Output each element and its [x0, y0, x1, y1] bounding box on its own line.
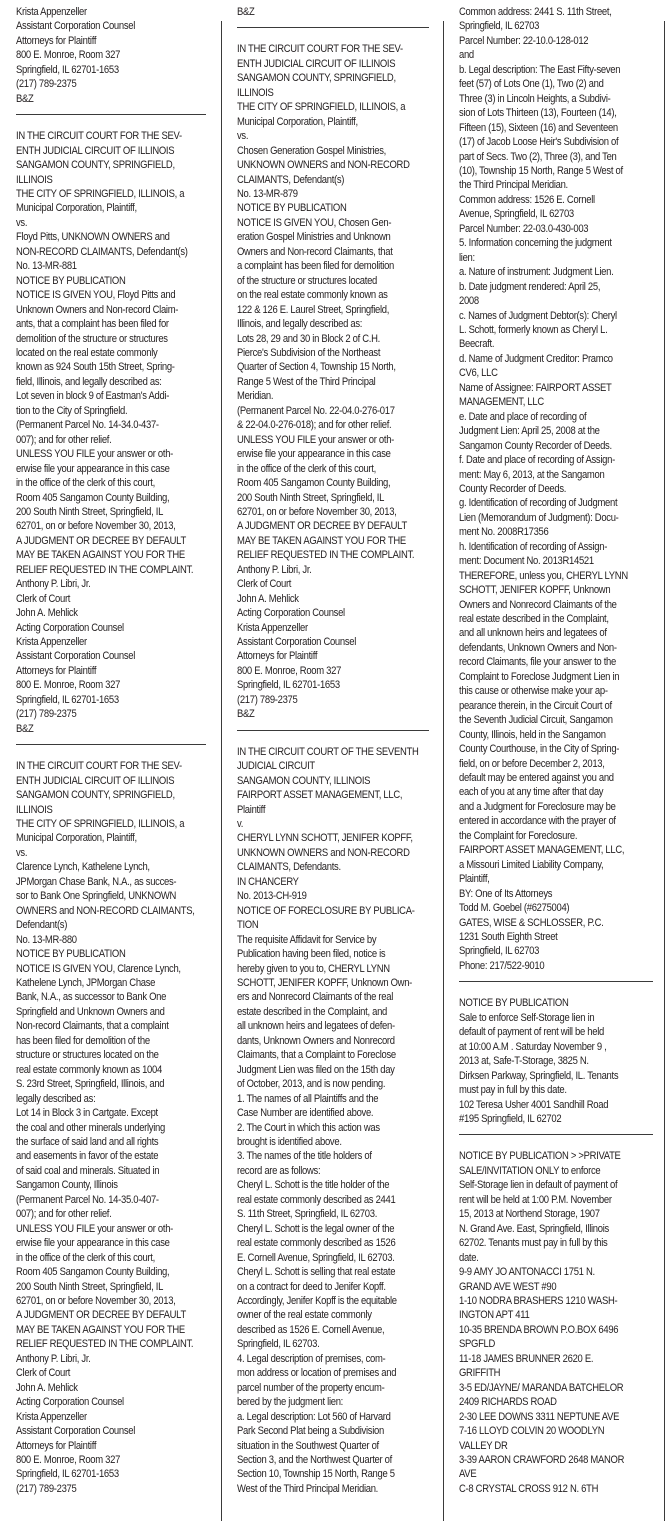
notice-line: NOTICE IS GIVEN YOU, Floyd Pitts and — [16, 288, 179, 302]
notice-line: SANGAMON COUNTY, SPRINGFIELD, — [16, 788, 179, 802]
notice-line: Lot seven in block 9 of Eastman's Addi- — [16, 389, 179, 403]
notice-line: John A. Mehlick — [16, 1381, 179, 1395]
notice-line: each of you at any time after that day — [459, 785, 626, 799]
notice-line: and — [459, 48, 626, 62]
notice-line: Sangamon County, Illinois — [16, 1178, 179, 1192]
notice-line: lien: — [459, 251, 626, 265]
notice-line: The requisite Affidavit for Service by — [237, 933, 402, 947]
notice-line: No. 2013-CH-919 — [237, 889, 402, 903]
notice-line: Avenue, Springfield, IL 62703 — [459, 207, 626, 221]
notice-line: Municipal Corporation, Plaintiff, — [16, 831, 179, 845]
notice-line: and easements in favor of the estate — [16, 1149, 179, 1163]
notice-line: 4. Legal description of premises, com- — [237, 1352, 402, 1366]
notice-separator-rule — [237, 730, 429, 731]
notice-line: 3-39 AARON CRAWFORD 2648 MANOR — [459, 1453, 626, 1467]
notice-line: Municipal Corporation, Plaintiff, — [16, 201, 179, 215]
notice-line: Acting Corporation Counsel — [16, 621, 179, 635]
notice-line: this cause or otherwise make your ap- — [459, 684, 626, 698]
notice-line: 007); and for other relief. — [16, 1207, 179, 1221]
notice-line: ILLINOIS — [16, 803, 179, 817]
notice-line: Fifteen (15), Sixteen (16) and Seventeen — [459, 121, 626, 135]
notice-line: sion of Lots Thirteen (13), Fourteen (14… — [459, 106, 626, 120]
notice-line: the coal and other minerals underlying — [16, 1121, 179, 1135]
notice-line: BY: One of Its Attorneys — [459, 887, 626, 901]
notice-line: ers and Nonrecord Claimants of the real — [237, 990, 402, 1004]
notice-line: field, on or before December 2, 2013, — [459, 757, 626, 771]
notice-line: known as 924 South 15th Street, Spring- — [16, 360, 179, 374]
notice-line: part of Secs. Two (2), Three (3), and Te… — [459, 150, 626, 164]
notice-line: record are as follows: — [237, 1164, 402, 1178]
notice-line: UNKNOWN OWNERS and NON-RECORD — [237, 846, 402, 860]
notice-line: ILLINOIS — [237, 86, 402, 100]
notice-line: Anthony P. Libri, Jr. — [237, 563, 402, 577]
notice-line: NOTICE BY PUBLICATION — [16, 947, 179, 961]
notice-line: vs. — [16, 846, 179, 860]
notice-line: and a Judgment for Foreclosure may be — [459, 800, 626, 814]
notice-line: tion to the City of Springfield. — [16, 404, 179, 418]
notice-line: Springfield, IL 62703 — [459, 19, 626, 33]
legal-notice: NOTICE BY PUBLICATIONSale to enforce Sel… — [459, 996, 653, 1126]
notice-line: 62701, on or before November 30, 2013, — [16, 519, 179, 533]
notice-line: Attorneys for Plaintiff — [237, 649, 402, 663]
notice-line: 7-16 LLOYD COLVIN 20 WOODLYN — [459, 1424, 626, 1438]
notice-line: IN THE CIRCUIT COURT FOR THE SEV- — [16, 759, 179, 773]
notice-line: NON-RECORD CLAIMANTS, Defendant(s) — [16, 245, 179, 259]
legal-notice: B&Z — [237, 5, 429, 19]
notice-line: described as 1526 E. Cornell Avenue, — [237, 1323, 402, 1337]
notice-line: default of payment of rent will be held — [459, 1025, 626, 1039]
notice-line: 10-35 BRENDA BROWN P.O.BOX 6496 — [459, 1323, 626, 1337]
legal-notice: IN THE CIRCUIT COURT OF THE SEVENTHJUDIC… — [237, 745, 429, 1497]
notice-line: Assistant Corporation Counsel — [16, 649, 179, 663]
notice-line: Common address: 2441 S. 11th Street, — [459, 5, 626, 19]
notice-line: bered by the judgment lien: — [237, 1395, 402, 1409]
notice-line: Room 405 Sangamon County Building, — [237, 476, 402, 490]
notice-line: ment: May 6, 2013, at the Sangamon — [459, 468, 626, 482]
notice-separator-rule — [16, 114, 206, 115]
notice-line: Krista Appenzeller — [237, 621, 402, 635]
notice-line: NOTICE IS GIVEN YOU, Chosen Gen- — [237, 216, 402, 230]
notice-line: A JUDGMENT OR DECREE BY DEFAULT — [16, 534, 179, 548]
notice-line: Owners and Non-record Claimants, that — [237, 245, 402, 259]
notice-line: SANGAMON COUNTY, ILLINOIS — [237, 774, 402, 788]
notice-line: GATES, WISE & SCHLOSSER, P.C. — [459, 916, 626, 930]
notice-line: Attorneys for Plaintiff — [16, 664, 179, 678]
notice-line: NOTICE OF FORECLOSURE BY PUBLICA- — [237, 904, 402, 918]
notice-line: of the structure or structures located — [237, 274, 402, 288]
notice-line: Floyd Pitts, UNKNOWN OWNERS and — [16, 230, 179, 244]
notice-line: (10), Township 15 North, Range 5 West of — [459, 164, 626, 178]
notice-line: SCHOTT, JENIFER KOPFF, Unknown — [459, 583, 626, 597]
notice-line: #195 Springfield, IL 62702 — [459, 1112, 626, 1126]
notice-line: e. Date and place of recording of — [459, 410, 626, 424]
notice-line: MAY BE TAKEN AGAINST YOU FOR THE — [16, 1323, 179, 1337]
notice-line: real estate commonly described as 1526 — [237, 1236, 402, 1250]
notice-line: S. 11th Street, Springfield, IL 62703. — [237, 1207, 402, 1221]
notice-line: JUDICIAL CIRCUIT — [237, 759, 402, 773]
legal-notice: IN THE CIRCUIT COURT FOR THE SEV-ENTH JU… — [16, 759, 206, 1496]
notice-line: A JUDGMENT OR DECREE BY DEFAULT — [16, 1308, 179, 1322]
notice-line: Springfield, IL 62701-1653 — [16, 693, 179, 707]
notice-line: structure or structures located on the — [16, 1048, 179, 1062]
notice-line: must pay in full by this date. — [459, 1083, 626, 1097]
notice-line: (217) 789-2375 — [16, 707, 179, 721]
notice-line: the surface of said land and all rights — [16, 1135, 179, 1149]
notice-line: Defendant(s) — [16, 918, 179, 932]
notice-line: SALE/INVITATION ONLY to enforce — [459, 1164, 626, 1178]
notice-line: ants, that a complaint has been filed fo… — [16, 317, 179, 331]
notice-line: (17) of Jacob Loose Heir's Subdivision o… — [459, 135, 626, 149]
notice-line: UNKNOWN OWNERS and NON-RECORD — [237, 158, 402, 172]
notice-line: Anthony P. Libri, Jr. — [16, 1352, 179, 1366]
notice-line: Parcel Number: 22-10.0-128-012 — [459, 34, 626, 48]
notice-line: located on the real estate commonly — [16, 346, 179, 360]
notice-line: rent will be held at 1:00 P.M. November — [459, 1193, 626, 1207]
notice-line: Springfield, IL 62701-1653 — [16, 63, 179, 77]
notice-line: VALLEY DR — [459, 1439, 626, 1453]
notice-separator-rule — [459, 981, 653, 982]
notice-line: field, Illinois, and legally described a… — [16, 375, 179, 389]
notice-line: Krista Appenzeller — [16, 1410, 179, 1424]
notice-line: TION — [237, 918, 402, 932]
notice-line: THE CITY OF SPRINGFIELD, ILLINOIS, a — [237, 100, 402, 114]
notice-line: Acting Corporation Counsel — [16, 1395, 179, 1409]
notice-line: Acting Corporation Counsel — [237, 606, 402, 620]
notice-line: (Permanent Parcel No. 22-04.0-276-017 — [237, 404, 402, 418]
notice-line: Claimants, that a Complaint to Foreclose — [237, 1048, 402, 1062]
notice-line: B&Z — [237, 5, 402, 19]
notice-line: eration Gospel Ministries and Unknown — [237, 230, 402, 244]
notice-line: of October, 2013, and is now pending. — [237, 1077, 402, 1091]
notice-line: E. Cornell Avenue, Springfield, IL 62703… — [237, 1251, 402, 1265]
notice-line: Section 10, Township 15 North, Range 5 — [237, 1467, 402, 1481]
notice-line: 11-18 JAMES BRUNNER 2620 E. — [459, 1352, 626, 1366]
notice-line: 122 & 126 E. Laurel Street, Springfield, — [237, 303, 402, 317]
notice-line: a. Nature of instrument: Judgment Lien. — [459, 265, 626, 279]
notice-line: h. Identification of recording of Assign… — [459, 540, 626, 554]
notice-line: sor to Bank One Springfield, UNKNOWN — [16, 889, 179, 903]
notice-line: (217) 789-2375 — [16, 77, 179, 91]
notice-line: Common address: 1526 E. Cornell — [459, 193, 626, 207]
notice-line: Attorneys for Plaintiff — [16, 34, 179, 48]
notice-line: 2013 at, Safe-T-Storage, 3825 N. — [459, 1054, 626, 1068]
notice-line: JPMorgan Chase Bank, N.A., as succes- — [16, 875, 179, 889]
notice-line: Clerk of Court — [16, 592, 179, 606]
column-3: Common address: 2441 S. 11th Street,Spri… — [459, 5, 653, 1496]
notice-line: at 10:00 A.M . Saturday November 9 , — [459, 1040, 626, 1054]
notice-line: MANAGEMENT, LLC — [459, 395, 626, 409]
notice-line: of said coal and minerals. Situated in — [16, 1164, 179, 1178]
notice-line: John A. Mehlick — [237, 592, 402, 606]
notice-line: defendants, Unknown Owners and Non- — [459, 641, 626, 655]
notice-line: 800 E. Monroe, Room 327 — [237, 664, 402, 678]
notice-line: 2-30 LEE DOWNS 3311 NEPTUNE AVE — [459, 1410, 626, 1424]
notice-line: ment: Document No. 2013R14521 — [459, 554, 626, 568]
notice-line: CLAIMANTS, Defendant(s) — [237, 173, 402, 187]
notice-line: Pierce's Subdivision of the Northeast — [237, 346, 402, 360]
notice-line: 800 E. Monroe, Room 327 — [16, 678, 179, 692]
notice-line: 3-5 ED/JAYNE/ MARANDA BATCHELOR — [459, 1381, 626, 1395]
notice-line: Unknown Owners and Non-record Claim- — [16, 303, 179, 317]
notice-line: NOTICE BY PUBLICATION — [16, 274, 179, 288]
notice-line: parcel number of the property encum- — [237, 1381, 402, 1395]
notice-line: Meridian. — [237, 389, 402, 403]
notice-line: AVE — [459, 1467, 626, 1481]
notice-line: c. Names of Judgment Debtor(s): Cheryl — [459, 309, 626, 323]
notice-line: 2409 RICHARDS ROAD — [459, 1395, 626, 1409]
notice-line: Assistant Corporation Counsel — [237, 635, 402, 649]
notice-line: Municipal Corporation, Plaintiff, — [237, 115, 402, 129]
notice-line: 2008 — [459, 294, 626, 308]
notice-line: FAIRPORT ASSET MANAGEMENT, LLC, — [237, 788, 402, 802]
notice-line: OWNERS and NON-RECORD CLAIMANTS, — [16, 904, 179, 918]
notice-line: ENTH JUDICIAL CIRCUIT OF ILLINOIS — [237, 57, 402, 71]
notice-line: 200 South Ninth Street, Springfield, IL — [16, 1280, 179, 1294]
notice-line: RELIEF REQUESTED IN THE COMPLAINT. — [237, 548, 402, 562]
notice-line: UNLESS YOU FILE your answer or oth- — [237, 433, 402, 447]
notice-line: Room 405 Sangamon County Building, — [16, 1265, 179, 1279]
notice-line: ENTH JUDICIAL CIRCUIT OF ILLINOIS — [16, 774, 179, 788]
notice-line: Anthony P. Libri, Jr. — [16, 577, 179, 591]
notice-line: Krista Appenzeller — [16, 635, 179, 649]
notice-line: 800 E. Monroe, Room 327 — [16, 48, 179, 62]
notice-line: Illinois, and legally described as: — [237, 317, 402, 331]
notice-line: Sangamon County Recorder of Deeds. — [459, 439, 626, 453]
notice-line: B&Z — [237, 707, 402, 721]
notice-line: a Missouri Limited Liability Company, — [459, 858, 626, 872]
column-divider — [221, 21, 222, 1521]
notice-line: INGTON APT 411 — [459, 1308, 626, 1322]
notice-line: default may be entered against you and — [459, 771, 626, 785]
notice-line: 9-9 AMY JO ANTONACCI 1751 N. — [459, 1265, 626, 1279]
notice-line: Springfield, IL 62703 — [459, 944, 626, 958]
notice-line: No. 13-MR-879 — [237, 187, 402, 201]
notice-line: dants, Unknown Owners and Nonrecord — [237, 1034, 402, 1048]
notice-line: SANGAMON COUNTY, SPRINGFIELD, — [16, 158, 179, 172]
notice-line: IN THE CIRCUIT COURT FOR THE SEV- — [16, 129, 179, 143]
notice-line: Phone: 217/522-9010 — [459, 959, 626, 973]
notice-line: 3. The names of the title holders of — [237, 1149, 402, 1163]
notice-line: Krista Appenzeller — [16, 5, 179, 19]
notice-line: Judgment Lien was filed on the 15th day — [237, 1063, 402, 1077]
notice-line: Quarter of Section 4, Township 15 North, — [237, 360, 402, 374]
notice-line: Springfield, IL 62703. — [237, 1337, 402, 1351]
notice-line: Dirksen Parkway, Springfield, IL. Tenant… — [459, 1069, 626, 1083]
notice-line: on a contract for deed to Jenifer Kopff. — [237, 1280, 402, 1294]
notice-line: all unknown heirs and legatees of defen- — [237, 1019, 402, 1033]
notice-line: C-8 CRYSTAL CROSS 912 N. 6TH — [459, 1482, 626, 1496]
notice-line: SCHOTT, JENIFER KOPFF, Unknown Own- — [237, 976, 402, 990]
notice-line: B&Z — [16, 92, 179, 106]
notice-line: Cheryl L. Schott is the legal owner of t… — [237, 1222, 402, 1236]
notice-line: erwise file your appearance in this case — [237, 447, 402, 461]
column-1: Krista AppenzellerAssistant Corporation … — [16, 5, 206, 1496]
notice-line: Judgment Lien: April 25, 2008 at the — [459, 424, 626, 438]
notice-line: (217) 789-2375 — [237, 693, 402, 707]
notice-line: IN THE CIRCUIT COURT OF THE SEVENTH — [237, 745, 402, 759]
notice-line: has been filed for demolition of the — [16, 1034, 179, 1048]
notice-line: in the office of the clerk of this court… — [16, 476, 179, 490]
notice-line: (Permanent Parcel No. 14-34.0-437- — [16, 418, 179, 432]
notice-line: Kathelene Lynch, JPMorgan Chase — [16, 976, 179, 990]
notice-separator-rule — [237, 27, 429, 28]
notice-line: Case Number are identified above. — [237, 1106, 402, 1120]
notice-line: L. Schott, formerly known as Cheryl L. — [459, 323, 626, 337]
notice-line: feet (57) of Lots One (1), Two (2) and — [459, 77, 626, 91]
notice-line: Assistant Corporation Counsel — [16, 1424, 179, 1438]
notice-line: d. Name of Judgment Creditor: Pramco — [459, 352, 626, 366]
notice-line: the Third Principal Meridian. — [459, 178, 626, 192]
notice-line: demolition of the structure or structure… — [16, 332, 179, 346]
notice-line: erwise file your appearance in this case — [16, 1236, 179, 1250]
notice-line: CHERYL LYNN SCHOTT, JENIFER KOPFF, — [237, 831, 402, 845]
notice-line: record Claimants, file your answer to th… — [459, 655, 626, 669]
notice-line: West of the Third Principal Meridian. — [237, 1482, 402, 1496]
notice-line: Plaintiff — [237, 803, 402, 817]
legal-notice: NOTICE BY PUBLICATION > >PRIVATESALE/INV… — [459, 1149, 653, 1496]
notice-line: the Complaint for Foreclosure. — [459, 829, 626, 843]
notice-line: in the office of the clerk of this court… — [16, 1251, 179, 1265]
legal-notice: Krista AppenzellerAssistant Corporation … — [16, 5, 206, 106]
notice-line: the Seventh Judicial Circuit, Sangamon — [459, 713, 626, 727]
notice-line: 62702. Tenants must pay in full by this — [459, 1236, 626, 1250]
notice-line: Clarence Lynch, Kathelene Lynch, — [16, 860, 179, 874]
notice-separator-rule — [459, 1134, 653, 1135]
notice-line: Three (3) in Lincoln Heights, a Subdivi- — [459, 92, 626, 106]
notice-line: No. 13-MR-881 — [16, 259, 179, 273]
notice-line: Assistant Corporation Counsel — [16, 19, 179, 33]
notice-line: Publication having been filed, notice is — [237, 947, 402, 961]
notice-line: 007); and for other relief. — [16, 433, 179, 447]
notice-line: 200 South Ninth Street, Springfield, IL — [237, 491, 402, 505]
notice-line: County Courthouse, in the City of Spring… — [459, 742, 626, 756]
column-divider — [664, 21, 665, 1521]
notice-line: 1231 South Eighth Street — [459, 930, 626, 944]
column-2: B&ZIN THE CIRCUIT COURT FOR THE SEV-ENTH… — [237, 5, 429, 1496]
notice-line: SANGAMON COUNTY, SPRINGFIELD, — [237, 71, 402, 85]
notice-line: a. Legal description: Lot 560 of Harvard — [237, 1410, 402, 1424]
notice-line: 800 E. Monroe, Room 327 — [16, 1453, 179, 1467]
notice-line: Self-Storage lien in default of payment … — [459, 1178, 626, 1192]
notice-line: John A. Mehlick — [16, 606, 179, 620]
notice-line: Sale to enforce Self-Storage lien in — [459, 1011, 626, 1025]
notice-line: FAIRPORT ASSET MANAGEMENT, LLC, — [459, 843, 626, 857]
notice-line: ment No. 2008R17356 — [459, 525, 626, 539]
notice-line: MAY BE TAKEN AGAINST YOU FOR THE — [237, 534, 402, 548]
notice-line: Lien (Memorandum of Judgment): Docu- — [459, 511, 626, 525]
notice-line: mon address or location of premises and — [237, 1366, 402, 1380]
notice-line: 1. The names of all Plaintiffs and the — [237, 1092, 402, 1106]
notice-line: Park Second Plat being a Subdivision — [237, 1424, 402, 1438]
notice-line: THE CITY OF SPRINGFIELD, ILLINOIS, a — [16, 817, 179, 831]
column-divider — [443, 21, 444, 1521]
notice-line: 5. Information concerning the judgment — [459, 236, 626, 250]
notice-line: N. Grand Ave. East, Springfield, Illinoi… — [459, 1222, 626, 1236]
notice-line: 15, 2013 at Northend Storage, 1907 — [459, 1207, 626, 1221]
notice-line: owner of the real estate commonly — [237, 1308, 402, 1322]
notice-line: County, Illinois, held in the Sangamon — [459, 728, 626, 742]
notice-line: IN CHANCERY — [237, 875, 402, 889]
notice-line: date. — [459, 1251, 626, 1265]
notice-separator-rule — [16, 744, 206, 745]
notice-line: hereby given to you to, CHERYL LYNN — [237, 962, 402, 976]
notice-line: Clerk of Court — [237, 577, 402, 591]
notice-line: g. Identification of recording of Judgme… — [459, 496, 626, 510]
notice-line: Springfield, IL 62701-1653 — [237, 678, 402, 692]
notice-line: NOTICE BY PUBLICATION — [459, 996, 626, 1010]
notice-line: Attorneys for Plaintiff — [16, 1439, 179, 1453]
notice-line: A JUDGMENT OR DECREE BY DEFAULT — [237, 519, 402, 533]
notice-line: Accordingly, Jenifer Kopff is the equita… — [237, 1294, 402, 1308]
notice-line: pearance therein, in the Circuit Court o… — [459, 699, 626, 713]
notice-line: vs. — [237, 129, 402, 143]
notice-line: Name of Assignee: FAIRPORT ASSET — [459, 381, 626, 395]
notice-line: NOTICE BY PUBLICATION — [237, 201, 402, 215]
notice-line: NOTICE BY PUBLICATION > >PRIVATE — [459, 1149, 626, 1163]
notice-line: real estate described in the Complaint, — [459, 612, 626, 626]
notice-line: THEREFORE, unless you, CHERYL LYNN — [459, 569, 626, 583]
notice-line: Springfield and Unknown Owners and — [16, 1005, 179, 1019]
notice-line: Complaint to Foreclose Judgment Lien in — [459, 670, 626, 684]
notice-line: vs. — [16, 216, 179, 230]
notice-line: Plaintiff, — [459, 872, 626, 886]
notice-line: Non-record Claimants, that a complaint — [16, 1019, 179, 1033]
notice-line: Cheryl L. Schott is the title holder of … — [237, 1178, 402, 1192]
notice-line: Clerk of Court — [16, 1366, 179, 1380]
notice-line: IN THE CIRCUIT COURT FOR THE SEV- — [237, 42, 402, 56]
notice-line: NOTICE IS GIVEN YOU, Clarence Lynch, — [16, 962, 179, 976]
notice-line: real estate commonly known as 1004 — [16, 1063, 179, 1077]
notice-line: v. — [237, 817, 402, 831]
notice-line: MAY BE TAKEN AGAINST YOU FOR THE — [16, 548, 179, 562]
notice-line: 62701, on or before November 30, 2013, — [237, 505, 402, 519]
notice-line: Cheryl L. Schott is selling that real es… — [237, 1265, 402, 1279]
notice-line: in the office of the clerk of this court… — [237, 462, 402, 476]
notice-line: 62701, on or before November 30, 2013, — [16, 1294, 179, 1308]
notice-line: Lot 14 in Block 3 in Cartgate. Except — [16, 1106, 179, 1120]
notice-line: County Recorder of Deeds. — [459, 482, 626, 496]
notice-line: (Permanent Parcel No. 14-35.0-407- — [16, 1193, 179, 1207]
notice-line: f. Date and place of recording of Assign… — [459, 453, 626, 467]
notice-line: 200 South Ninth Street, Springfield, IL — [16, 505, 179, 519]
notice-line: ENTH JUDICIAL CIRCUIT OF ILLINOIS — [16, 144, 179, 158]
notice-line: GRAND AVE WEST #90 — [459, 1280, 626, 1294]
notice-line: 102 Teresa Usher 4001 Sandhill Road — [459, 1098, 626, 1112]
notice-line: Room 405 Sangamon County Building, — [16, 491, 179, 505]
notice-line: RELIEF REQUESTED IN THE COMPLAINT. — [16, 1337, 179, 1351]
notice-line: Owners and Nonrecord Claimants of the — [459, 598, 626, 612]
legal-notice: IN THE CIRCUIT COURT FOR THE SEV-ENTH JU… — [237, 42, 429, 721]
notice-line: Beecraft. — [459, 337, 626, 351]
notice-line: Todd M. Goebel (#6275004) — [459, 901, 626, 915]
notice-line: situation in the Southwest Quarter of — [237, 1439, 402, 1453]
notice-line: Section 3, and the Northwest Quarter of — [237, 1453, 402, 1467]
notice-line: 2. The Court in which this action was — [237, 1121, 402, 1135]
notice-line: Parcel Number: 22-03.0-430-003 — [459, 222, 626, 236]
notice-line: No. 13-MR-880 — [16, 933, 179, 947]
notice-line: ILLINOIS — [16, 173, 179, 187]
notice-line: UNLESS YOU FILE your answer or oth- — [16, 447, 179, 461]
notice-line: B&Z — [16, 722, 179, 736]
notice-line: on the real estate commonly known as — [237, 288, 402, 302]
notice-line: and all unknown heirs and legatees of — [459, 626, 626, 640]
notice-line: estate described in the Complaint, and — [237, 1005, 402, 1019]
notice-line: erwise file your appearance in this case — [16, 462, 179, 476]
notice-line: Springfield, IL 62701-1653 — [16, 1467, 179, 1481]
notice-line: brought is identified above. — [237, 1135, 402, 1149]
notice-line: UNLESS YOU FILE your answer or oth- — [16, 1222, 179, 1236]
notice-line: S. 23rd Street, Springfield, Illinois, a… — [16, 1077, 179, 1091]
